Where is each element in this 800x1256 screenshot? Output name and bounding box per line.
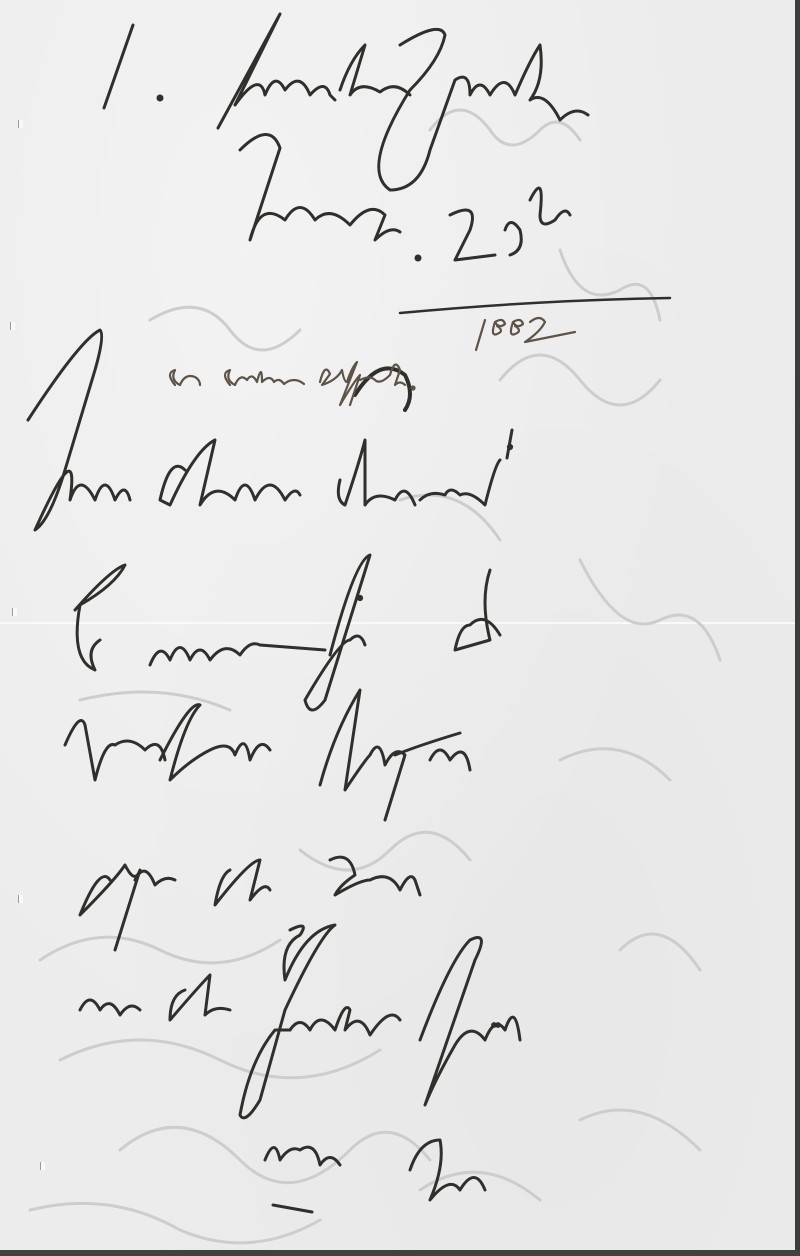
year-annotation xyxy=(476,318,575,350)
scan-border-right xyxy=(795,0,800,1256)
scan-border-bottom xyxy=(0,1250,800,1256)
recipient-annotation xyxy=(170,362,415,405)
pencil-annotations xyxy=(0,0,800,1256)
